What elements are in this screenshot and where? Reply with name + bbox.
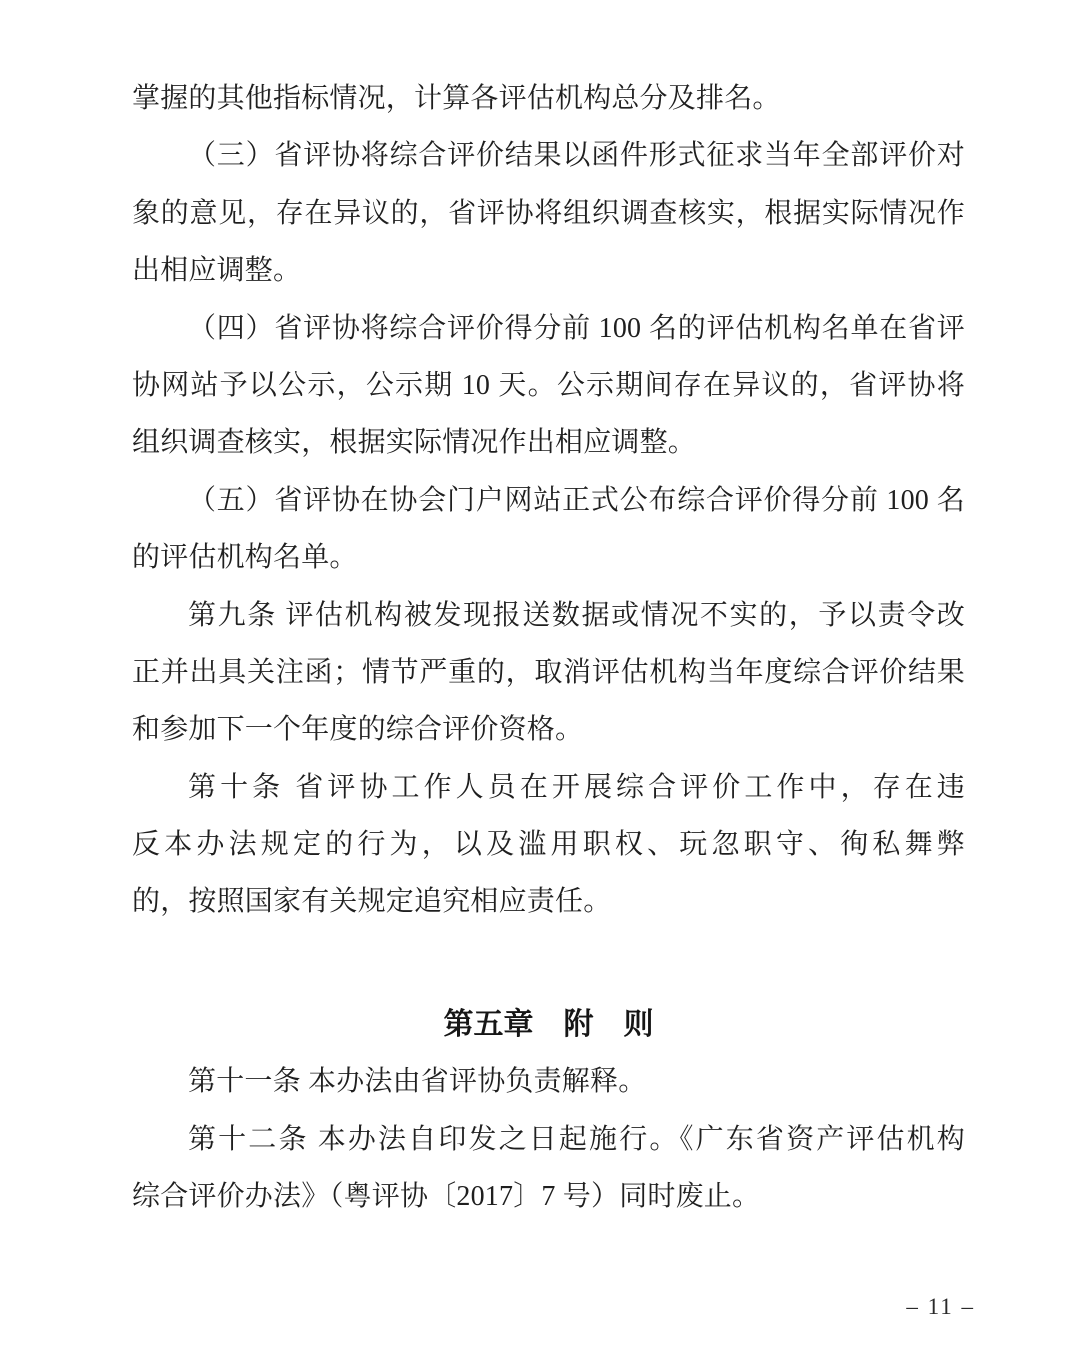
document-page: 掌握的其他指标情况，计算各评估机构总分及排名。 （三）省评协将综合评价结果以函件… xyxy=(0,0,1080,1366)
body-line: 第十一条 本办法由省评协负责解释。 xyxy=(132,1053,965,1110)
body-line: 反本办法规定的行为，以及滥用职权、玩忽职守、徇私舞弊 xyxy=(132,816,965,873)
body-line: （五）省评协在协会门户网站正式公布综合评价得分前 100 名 xyxy=(132,472,965,529)
body-line: 的，按照国家有关规定追究相应责任。 xyxy=(132,873,965,930)
body-line: 掌握的其他指标情况，计算各评估机构总分及排名。 xyxy=(132,70,965,127)
body-line: 协网站予以公示，公示期 10 天。公示期间存在异议的，省评协将 xyxy=(132,357,965,414)
body-line: 和参加下一个年度的综合评价资格。 xyxy=(132,701,965,758)
text-column: 掌握的其他指标情况，计算各评估机构总分及排名。 （三）省评协将综合评价结果以函件… xyxy=(132,70,965,1225)
chapter-heading: 第五章 附 则 xyxy=(132,996,965,1053)
page-number: – 11 – xyxy=(906,1292,975,1322)
body-line: 组织调查核实，根据实际情况作出相应调整。 xyxy=(132,414,965,471)
body-line: 象的意见，存在异议的，省评协将组织调查核实，根据实际情况作 xyxy=(132,185,965,242)
body-line: （四）省评协将综合评价得分前 100 名的评估机构名单在省评 xyxy=(132,300,965,357)
body-line: 综合评价办法》（粤评协〔2017〕7 号）同时废止。 xyxy=(132,1168,965,1225)
body-line: 第九条 评估机构被发现报送数据或情况不实的，予以责令改 xyxy=(132,587,965,644)
body-line: 出相应调整。 xyxy=(132,242,965,299)
body-line: 第十二条 本办法自印发之日起施行。《广东省资产评估机构 xyxy=(132,1111,965,1168)
body-line: （三）省评协将综合评价结果以函件形式征求当年全部评价对 xyxy=(132,127,965,184)
body-line: 第十条 省评协工作人员在开展综合评价工作中，存在违 xyxy=(132,759,965,816)
body-line: 正并出具关注函；情节严重的，取消评估机构当年度综合评价结果 xyxy=(132,644,965,701)
body-line: 的评估机构名单。 xyxy=(132,529,965,586)
